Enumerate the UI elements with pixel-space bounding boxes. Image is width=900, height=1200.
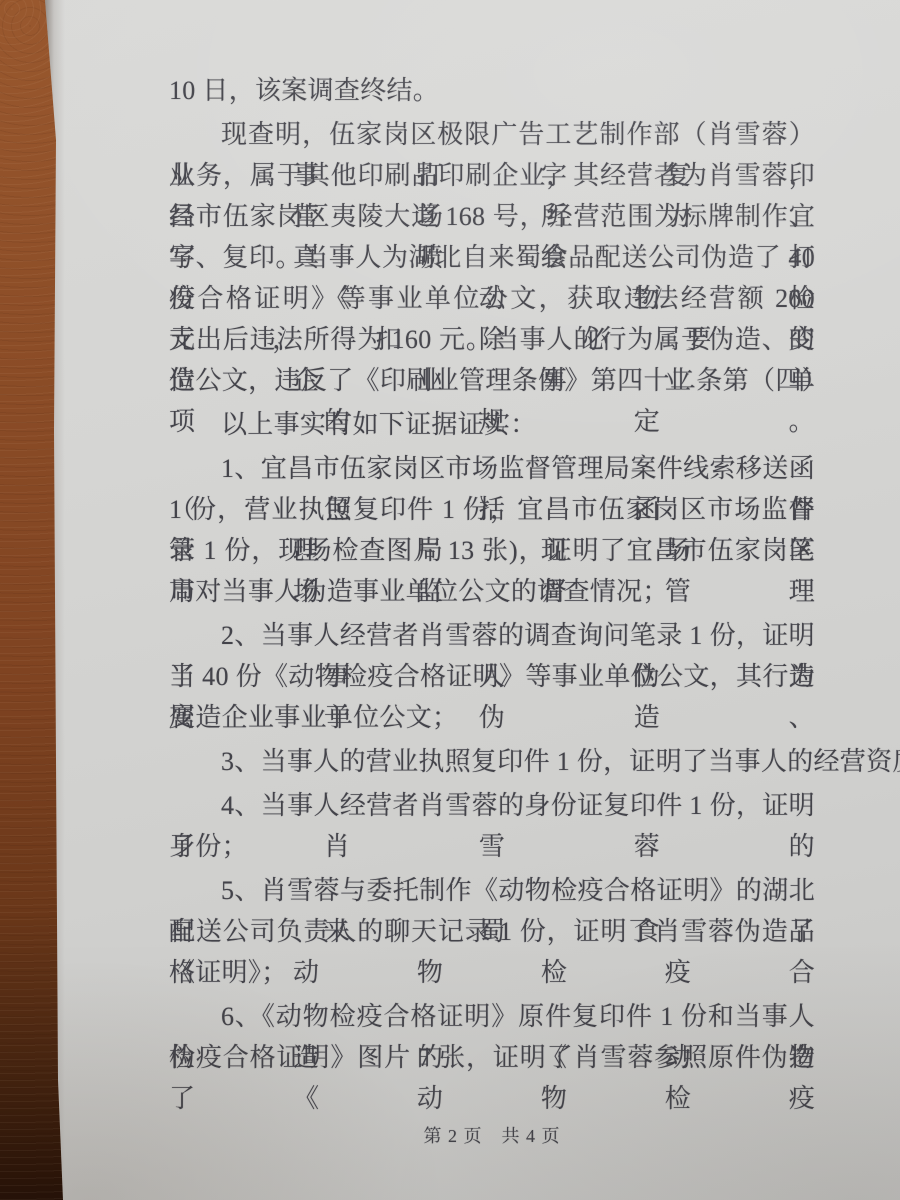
text-line: 位公文，违反了《印刷业管理条例》第四十二条第（四）项的规定。 <box>169 360 815 401</box>
paragraph: 现查明，伍家岗区极限广告工艺制作部（肖雪蓉）从事打字复印业务，属于其他印刷品印刷… <box>169 114 815 401</box>
text-line: 了 40 份《动物检疫合格证明》等事业单位公文，其行为属于伪造、 <box>169 656 815 697</box>
text-line: 6、《动物检疫合格证明》原件复印件 1 份和当事人伪造的《动物 <box>169 996 815 1037</box>
text-line: 5、肖雪蓉与委托制作《动物检疫合格证明》的湖北自来蜀食品 <box>169 870 815 911</box>
text-line: 3、当事人的营业执照复印件 1 份，证明了当事人的经营资质； <box>169 741 815 782</box>
document-paper: 10 日，该案调查终结。现查明，伍家岗区极限广告工艺制作部（肖雪蓉）从事打字复印… <box>0 0 900 1200</box>
paper-edge-shadow <box>45 0 65 1200</box>
text-line: 检疫合格证明》图片 7 张，证明了肖雪蓉参照原件伪造了《动物检疫 <box>169 1037 815 1078</box>
document-body: 10 日，该案调查终结。现查明，伍家岗区极限广告工艺制作部（肖雪蓉）从事打字复印… <box>169 70 815 1081</box>
text-line: 昌市伍家岗区夷陵大道 168 号，经营范围为标牌制作、写真喷绘、打 <box>169 196 815 237</box>
text-line: 1、宜昌市伍家岗区市场监督管理局案件线索移送函（包括函件 <box>169 448 815 489</box>
text-line: 2、当事人经营者肖雪蓉的调查询问笔录 1 份，证明当事人伪造 <box>169 615 815 656</box>
text-line: 4、当事人经营者肖雪蓉的身份证复印件 1 份，证明了肖雪蓉的 <box>169 785 815 826</box>
text-line: 10 日，该案调查终结。 <box>169 70 815 111</box>
text-line: 录 1 份，现场检查图片 13 张)，证明了宜昌市伍家岗区市场监督管理 <box>169 530 815 571</box>
paragraph: 10 日，该案调查终结。 <box>169 70 815 111</box>
photo-background-leather-surface: 10 日，该案调查终结。现查明，伍家岗区极限广告工艺制作部（肖雪蓉）从事打字复印… <box>0 0 900 1200</box>
text-line: 支出后违法所得为 160 元。当事人的行为属于伪造、变造企业事业单 <box>169 319 815 360</box>
paragraph: 4、当事人经营者肖雪蓉的身份证复印件 1 份，证明了肖雪蓉的身份； <box>169 785 815 867</box>
text-line: 配送公司负责人的聊天记录 1 份，证明了肖雪蓉伪造了《动物检疫合 <box>169 911 815 952</box>
paragraph: 5、肖雪蓉与委托制作《动物检疫合格证明》的湖北自来蜀食品配送公司负责人的聊天记录… <box>169 870 815 993</box>
text-line: 现查明，伍家岗区极限广告工艺制作部（肖雪蓉）从事打字复印 <box>169 114 815 155</box>
paragraph: 1、宜昌市伍家岗区市场监督管理局案件线索移送函（包括函件1 份，营业执照复印件 … <box>169 448 815 612</box>
page-footer: 第 2 页 共 4 页 <box>169 1122 815 1148</box>
paragraph: 6、《动物检疫合格证明》原件复印件 1 份和当事人伪造的《动物检疫合格证明》图片… <box>169 996 815 1078</box>
paragraph: 3、当事人的营业执照复印件 1 份，证明了当事人的经营资质； <box>169 741 815 782</box>
paragraph: 2、当事人经营者肖雪蓉的调查询问笔录 1 份，证明当事人伪造了 40 份《动物检… <box>169 615 815 738</box>
text-line: 疫合格证明》等事业单位公文，获取违法经营额 200 元，扣除必要的 <box>169 278 815 319</box>
text-line: 业务，属于其他印刷品印刷企业，其经营者为肖雪蓉，经营场所为宜 <box>169 155 815 196</box>
text-line: 字、复印。当事人为湖北自来蜀食品配送公司伪造了 40 份《动物检 <box>169 237 815 278</box>
text-line: 1 份，营业执照复印件 1 份，宜昌市伍家岗区市场监督管理局现场笔 <box>169 489 815 530</box>
